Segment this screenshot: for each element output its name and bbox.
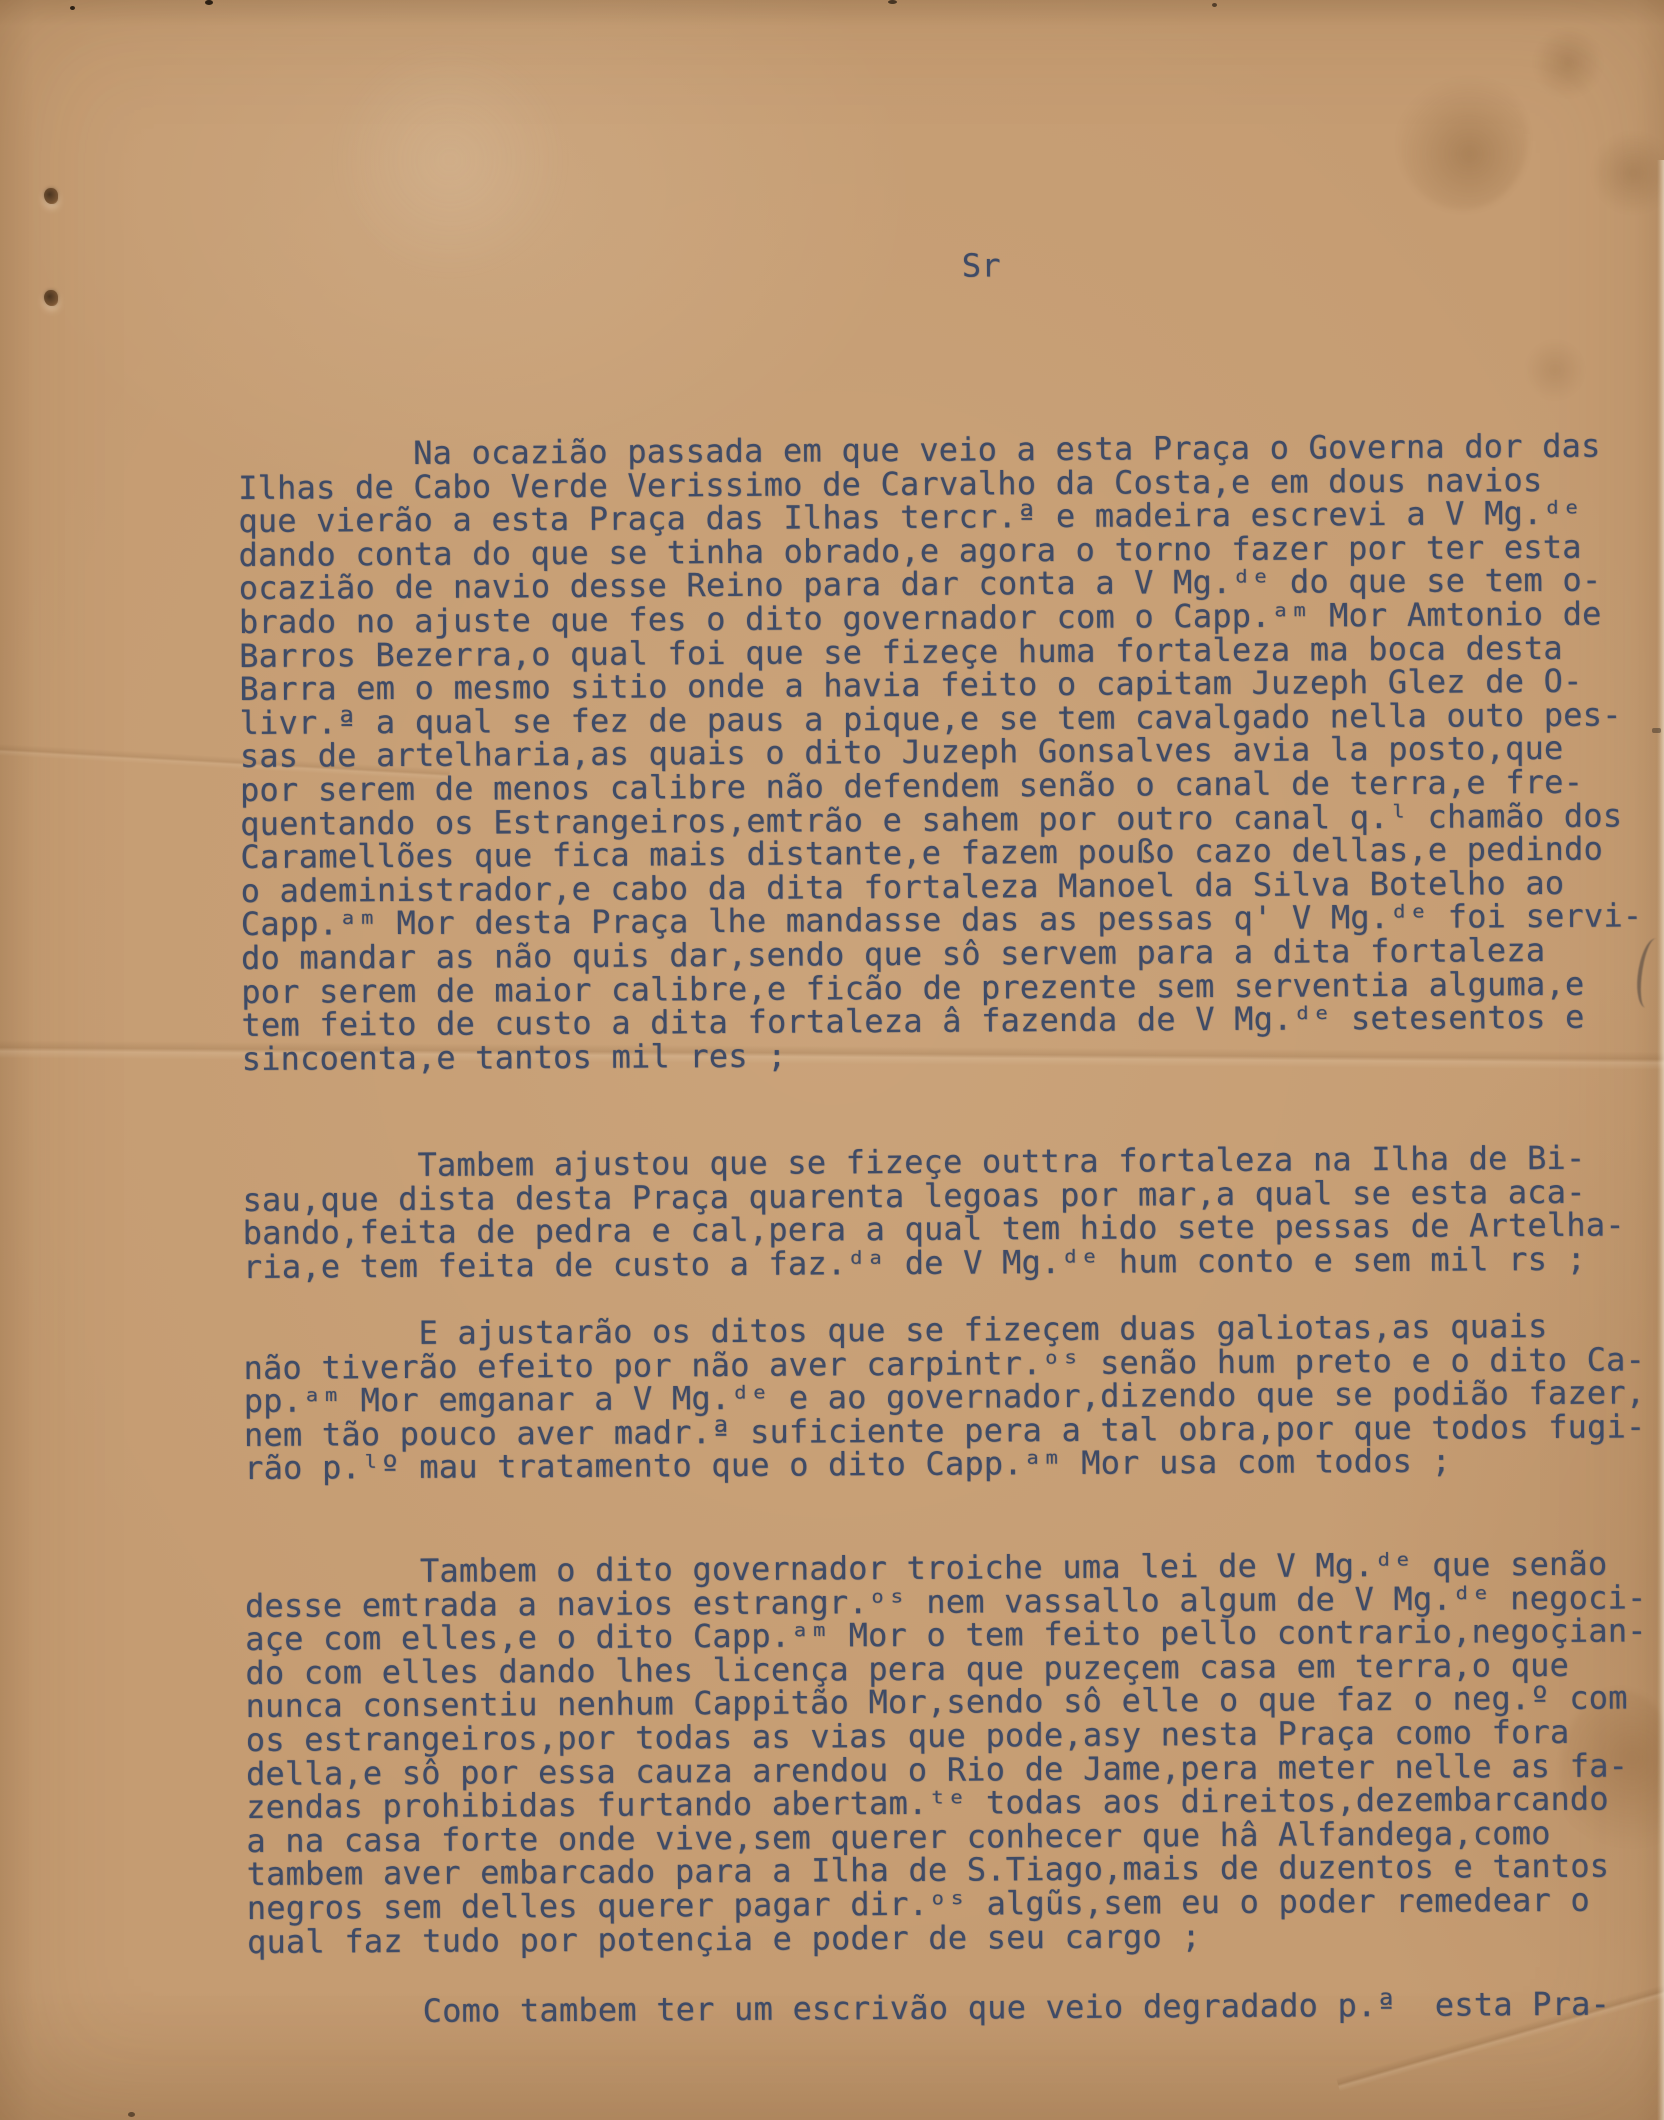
letter-paragraph-1: Na ocazião passada em que veio a esta Pr… <box>238 429 1643 1076</box>
letter-paragraph-3: E ajustarão os ditos que se fizeçem duas… <box>243 1309 1646 1486</box>
salutation: Sr <box>962 249 1001 283</box>
typewritten-text-layer: Sr Na ocazião passada em que veio a esta… <box>0 0 1664 2120</box>
letter-paragraph-2: Tambem ajustou que se fizeçe outtra fort… <box>242 1142 1625 1285</box>
letter-paragraph-5: Como tambem ter um escrivão que veio deg… <box>247 1988 1610 2030</box>
letter-paragraph-4: Tambem o dito governador troiche uma lei… <box>245 1547 1649 1959</box>
letter-paper: Sr Na ocazião passada em que veio a esta… <box>0 0 1664 2120</box>
